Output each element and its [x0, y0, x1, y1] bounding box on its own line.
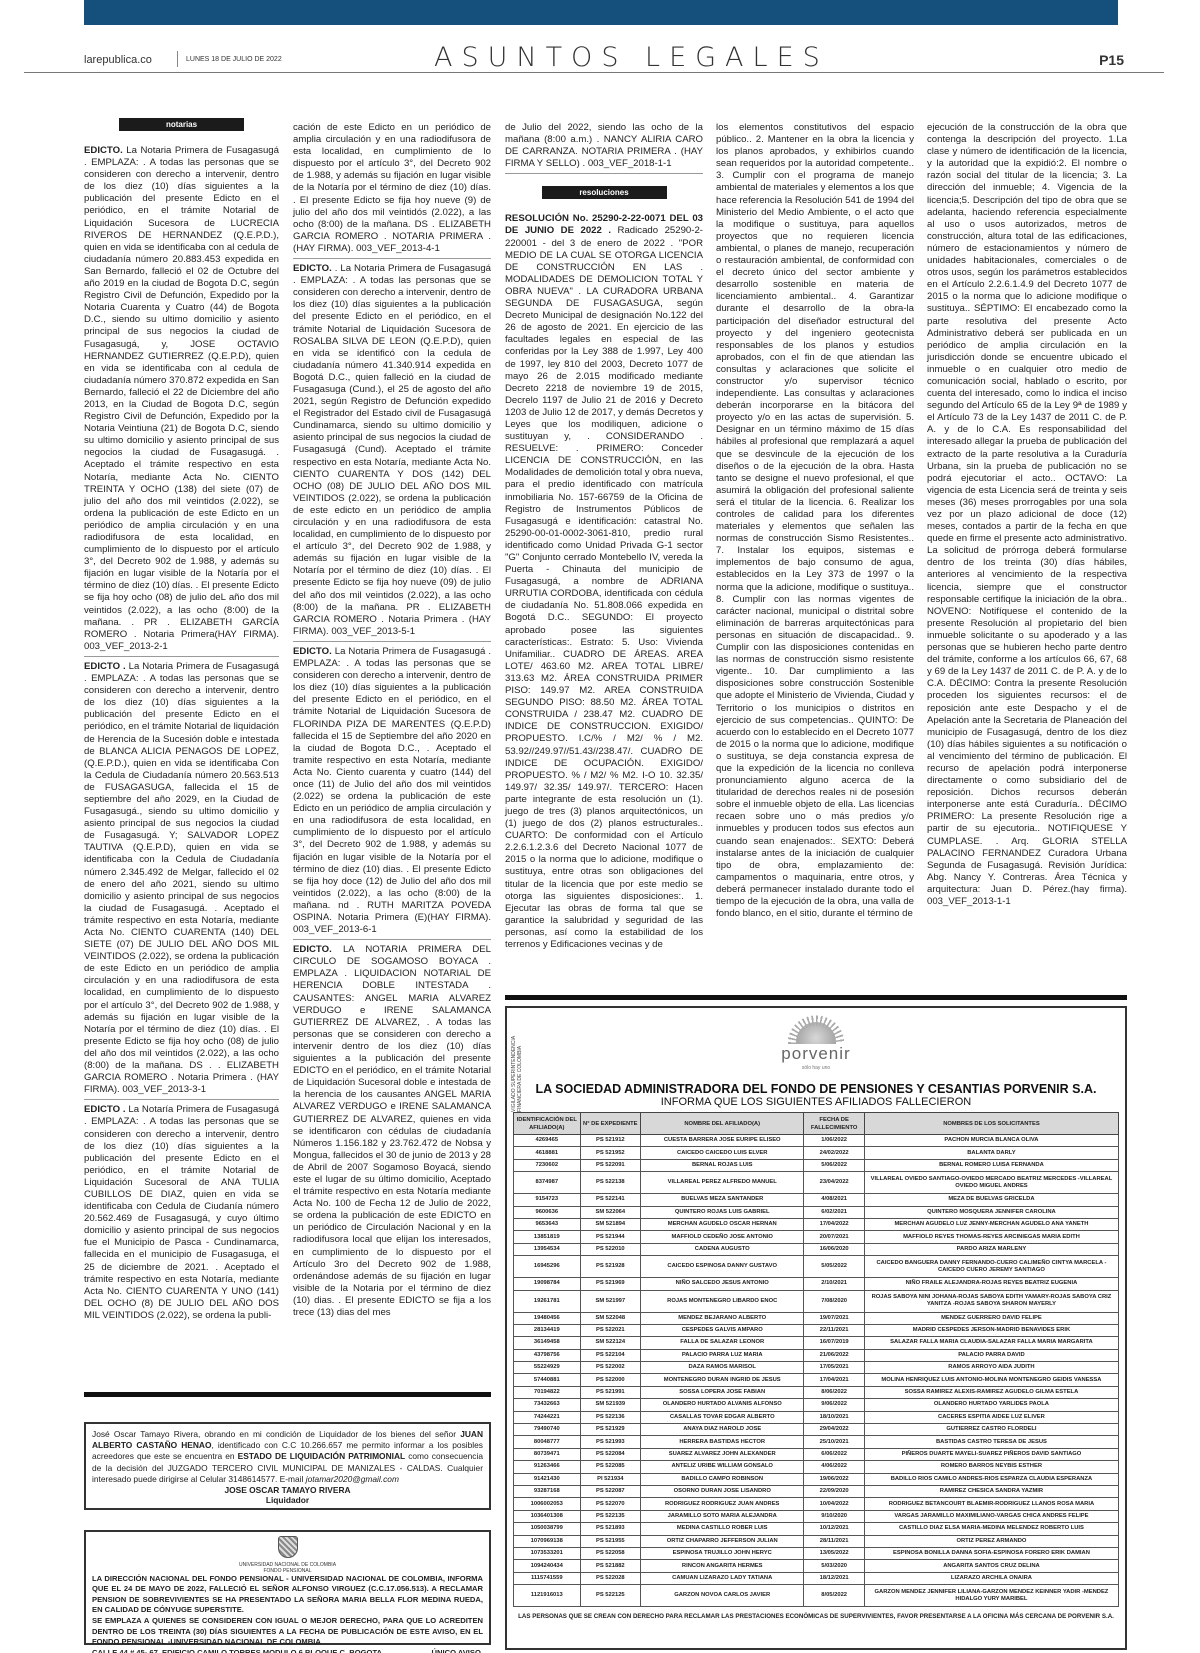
table-cell: RODRIGUEZ RODRIGUEZ JUAN ANDRES	[641, 1498, 804, 1510]
table-cell: 1094240434	[514, 1560, 581, 1572]
table-cell: 6/02/2021	[804, 1206, 865, 1218]
table-cell: PIÑEROS DUARTE MAYELI-SUAREZ PIÑEROS DAV…	[864, 1448, 1118, 1460]
notice-body: cación de este Edicto en un periódico de…	[293, 122, 491, 254]
table-cell: 23/04/2022	[804, 1172, 865, 1194]
table-row: 74244221PS 522136CASALLAS TOVAR EDGAR AL…	[514, 1411, 1119, 1423]
table-cell: 7230602	[514, 1159, 581, 1171]
table-row: 57440881PS 522000MONTENEGRO DURAN INGRID…	[514, 1374, 1119, 1386]
table-row: 1115741559PS 522028CAMUAN LIZARAZO LADY …	[514, 1572, 1119, 1584]
table-cell: 13851819	[514, 1231, 581, 1243]
table-cell: PACHON MURCIA BLANCA OLIVA	[864, 1135, 1118, 1147]
table-cell: SM 521894	[580, 1218, 641, 1230]
table-cell: 4/06/2022	[804, 1461, 865, 1473]
column-1: notarias EDICTO. La Notaria Primera de F…	[84, 118, 279, 1329]
signature-name: JOSE OSCAR TAMAYO RIVERA	[92, 1485, 483, 1495]
table-cell: PS 522104	[580, 1349, 641, 1361]
table-cell: 28134419	[514, 1324, 581, 1336]
section-title: ASUNTOS LEGALES	[434, 42, 829, 73]
table-cell: PALACIO PARRA DAVID	[864, 1349, 1118, 1361]
table-cell: SM 522124	[580, 1337, 641, 1349]
table-cell: CAICEDO ESPINOSA DANNY GUSTAVO	[641, 1256, 804, 1278]
table-cell: 7/08/2020	[804, 1290, 865, 1312]
table-cell: 2/10/2021	[804, 1278, 865, 1290]
table-row: 93287168PS 522087OSORNO DURAN JOSE LISAN…	[514, 1485, 1119, 1497]
edicto-notice: EDICTO. La Notaria Primera de Fusagasugá…	[84, 145, 279, 657]
notice-paragraph: LA DIRECCIÓN NACIONAL DEL FONDO PENSIONA…	[92, 1574, 483, 1616]
table-cell: 17/05/2021	[804, 1362, 865, 1374]
table-cell: PS 522070	[580, 1498, 641, 1510]
column-header: FECHA DE FALLECIMIENTO	[804, 1113, 865, 1135]
table-cell: CASALLAS TOVAR EDGAR ALBERTO	[641, 1411, 804, 1423]
table-cell: PS 521993	[580, 1436, 641, 1448]
table-cell: PS 522135	[580, 1510, 641, 1522]
table-row: 1006002053PS 522070RODRIGUEZ RODRIGUEZ J…	[514, 1498, 1119, 1510]
table-cell: SM 521939	[580, 1399, 641, 1411]
notice-body: La Notaria Primera de Fusagasugá . EMPLA…	[84, 661, 279, 1095]
porvenir-notice: VIGILADO SUPERINTENDENCIA FINANCIERA DE …	[505, 1006, 1127, 1650]
table-cell: 28/11/2021	[804, 1535, 865, 1547]
section-label-notarias: notarias	[119, 118, 244, 131]
table-cell: CESPEDES GALVIS AMPARO	[641, 1324, 804, 1336]
table-cell: RINCON ANGARITA HERMES	[641, 1560, 804, 1572]
table-cell: PS 521991	[580, 1386, 641, 1398]
edicto-notice: EDICTO. La Notaria Primera de Fusagasugá…	[293, 646, 491, 940]
table-cell: OSORNO DURAN JOSE LISANDRO	[641, 1485, 804, 1497]
table-row: 91421430PI 521934BADILLO CAMPO ROBINSON1…	[514, 1473, 1119, 1485]
notice-body: La Notaria Primera de Fusagasugá . EMPLA…	[84, 145, 279, 652]
table-cell: OLANDERO HURTADO YARLIDES PAOLA	[864, 1399, 1118, 1411]
table-row: 91263466PS 522085ANTELIZ URIBE WILLIAM G…	[514, 1461, 1119, 1473]
table-cell: LIZARAZO ARCHILA ONAIRA	[864, 1572, 1118, 1584]
table-cell: PS 522141	[580, 1194, 641, 1206]
table-cell: ESPINOSA TRUJILLO JOHN HERYC	[641, 1547, 804, 1559]
table-cell: PS 522087	[580, 1485, 641, 1497]
table-cell: 29/04/2022	[804, 1424, 865, 1436]
table-cell: SM 522064	[580, 1206, 641, 1218]
table-cell: ANAYA DIAZ HAROLD JOSE	[641, 1424, 804, 1436]
table-cell: 1/06/2022	[804, 1135, 865, 1147]
table-cell: HERRERA BASTIDAS HECTOR	[641, 1436, 804, 1448]
table-row: 43798756PS 522104PALACIO PARRA LUZ MARIA…	[514, 1349, 1119, 1361]
table-cell: PS 521944	[580, 1231, 641, 1243]
table-cell: 80739471	[514, 1448, 581, 1460]
table-cell: 5/05/2022	[804, 1256, 865, 1278]
notice-body: La Notaria Primera de Fusagasugá . EMPLA…	[293, 646, 491, 935]
table-row: 79490740PS 521929ANAYA DIAZ HAROLD JOSE2…	[514, 1424, 1119, 1436]
table-cell: 74244221	[514, 1411, 581, 1423]
table-cell: CAICEDO CAICEDO LUIS ELVER	[641, 1147, 804, 1159]
notice-title: LA SOCIEDAD ADMINISTRADORA DEL FONDO DE …	[513, 1082, 1119, 1096]
table-cell: MAFFIOLD CEDEÑO JOSE ANTONIO	[641, 1231, 804, 1243]
table-cell: FALLA DE SALAZAR LEONOR	[641, 1337, 804, 1349]
column-header: NOMBRES DE LOS SOLICITANTES	[864, 1113, 1118, 1135]
table-row: 1036401308PS 522135JARAMILLO SOTO MARIA …	[514, 1510, 1119, 1522]
table-cell: BALANTA DARLY	[864, 1147, 1118, 1159]
table-row: 1094240434PS 521882RINCON ANGARITA HERME…	[514, 1560, 1119, 1572]
table-row: 19480456SM 522048MENDEZ BEJARANO ALBERTO…	[514, 1312, 1119, 1324]
table-row: 19261781SM 521997ROJAS MONTENEGRO LIBARD…	[514, 1290, 1119, 1312]
table-cell: 8374987	[514, 1172, 581, 1194]
table-cell: 93287168	[514, 1485, 581, 1497]
notice-body: de Julio del 2022, siendo las ocho de la…	[505, 122, 703, 169]
resolution-notice: RESOLUCIÓN No. 25290-2-22-0071 DEL 03 DE…	[505, 213, 703, 954]
edicto-notice: EDICTO. . La Notaria Primera de Fusagasu…	[293, 263, 491, 642]
notice-lead: EDICTO.	[293, 646, 332, 657]
table-cell: CADENA AUGUSTO	[641, 1243, 804, 1255]
table-cell: CACERES ESPITIA AIDEE LUZ ELIVER	[864, 1411, 1118, 1423]
edicto-notice: EDICTO. LA NOTARIA PRIMERA DEL CIRCULO D…	[293, 944, 491, 1322]
table-cell: ANTELIZ URIBE WILLIAM GONSALO	[641, 1461, 804, 1473]
table-cell: PS 522002	[580, 1362, 641, 1374]
table-cell: 8/05/2022	[804, 1585, 865, 1607]
table-cell: SM 522048	[580, 1312, 641, 1324]
table-row: 8374987PS 522138VILLAREAL PEREZ ALFREDO …	[514, 1172, 1119, 1194]
table-cell: PS 522021	[580, 1324, 641, 1336]
table-cell: 6/06/2022	[804, 1448, 865, 1460]
table-cell: 55224929	[514, 1362, 581, 1374]
table-cell: 4269465	[514, 1135, 581, 1147]
section-divider	[505, 995, 1127, 1000]
table-cell: 1050038799	[514, 1523, 581, 1535]
table-cell: ESPINOSA BONILLA DANNA SOFIA-ESPINOSA FO…	[864, 1547, 1118, 1559]
table-cell: BADILLO CAMPO ROBINSON	[641, 1473, 804, 1485]
site-name[interactable]: larepublica.co	[84, 54, 152, 66]
signature-role: Liquidador	[92, 1495, 483, 1505]
table-cell: 5/06/2022	[804, 1159, 865, 1171]
table-cell: 9/10/2020	[804, 1510, 865, 1522]
table-cell: 91421430	[514, 1473, 581, 1485]
table-cell: 73432663	[514, 1399, 581, 1411]
table-cell: CAMUAN LIZARAZO LADY TATIANA	[641, 1572, 804, 1584]
table-cell: PS 521955	[580, 1535, 641, 1547]
table-cell: PI 521934	[580, 1473, 641, 1485]
table-row: 13851819PS 521944MAFFIOLD CEDEÑO JOSE AN…	[514, 1231, 1119, 1243]
table-cell: PS 522058	[580, 1547, 641, 1559]
table-cell: BERNAL ROMERO LUISA FERNANDA	[864, 1159, 1118, 1171]
table-row: 73432663SM 521939OLANDERO HURTADO ALVANI…	[514, 1399, 1119, 1411]
table-row: 28134419PS 522021CESPEDES GALVIS AMPARO2…	[514, 1324, 1119, 1336]
table-cell: 1036401308	[514, 1510, 581, 1522]
table-cell: BASTIDAS CASTRO TERESA DE JESUS	[864, 1436, 1118, 1448]
table-row: 1050038799PS 521893MEDINA CASTILLO ROBER…	[514, 1523, 1119, 1535]
resolution-body: los elementos constitutivos del espacio …	[716, 122, 914, 919]
table-cell: MENDEZ GUERRERO DAVID FELIPE	[864, 1312, 1118, 1324]
sun-icon	[788, 1014, 844, 1044]
table-cell: MERCHAN AGUDELO OSCAR HERNAN	[641, 1218, 804, 1230]
table-cell: 16/07/2019	[804, 1337, 865, 1349]
notice-body: LA NOTARIA PRIMERA DEL CIRCULO DE SOGAMO…	[293, 944, 491, 1318]
table-cell: RAMIREZ CHESICA SANDRA YAZMIR	[864, 1485, 1118, 1497]
table-row: 80739471PS 522084SUAREZ ALVAREZ JOHN ALE…	[514, 1448, 1119, 1460]
edicto-notice: cación de este Edicto en un periódico de…	[293, 122, 491, 259]
table-cell: PS 521969	[580, 1278, 641, 1290]
table-row: 9653643SM 521894MERCHAN AGUDELO OSCAR HE…	[514, 1218, 1119, 1230]
table-cell: CUESTA BARRERA JOSE EURIPE ELISEO	[641, 1135, 804, 1147]
divider	[177, 51, 178, 67]
notice-subtitle: INFORMA QUE LOS SIGUIENTES AFILIADOS FAL…	[513, 1096, 1119, 1108]
table-cell: 1006002053	[514, 1498, 581, 1510]
brand-name: porvenir	[513, 1044, 1119, 1064]
table-cell: 17/04/2022	[804, 1218, 865, 1230]
resolution-continued: los elementos constitutivos del espacio …	[716, 122, 914, 923]
shield-icon	[278, 1536, 298, 1558]
email-link[interactable]: jotamar2020@gmail.com	[306, 1474, 399, 1484]
table-row: 1073533201PS 522058ESPINOSA TRUJILLO JOH…	[514, 1547, 1119, 1559]
table-row: 9154723PS 522141BUELVAS MEZA SANTANDER4/…	[514, 1194, 1119, 1206]
table-cell: 18/12/2021	[804, 1572, 865, 1584]
table-cell: QUINTERO MOSQUERA JENNIFER CAROLINA	[864, 1206, 1118, 1218]
table-cell: ROJAS MONTENEGRO LIBARDO ENOC	[641, 1290, 804, 1312]
table-cell: 22/11/2021	[804, 1324, 865, 1336]
table-cell: MOLINA HENRIQUEZ LUIS ANTONIO-MOLINA MON…	[864, 1374, 1118, 1386]
table-cell: CASTILLO DIAZ ELSA MARIA-MEDINA MELENDEZ…	[864, 1523, 1118, 1535]
column-header: NOMBRE DEL AFILIADO(A)	[641, 1113, 804, 1135]
table-cell: PALACIO PARRA LUZ MARIA	[641, 1349, 804, 1361]
table-cell: 16/06/2020	[804, 1243, 865, 1255]
section-divider	[84, 1392, 491, 1397]
table-cell: RODRIGUEZ BETANCOURT BLAEMIR-RODRIGUEZ L…	[864, 1498, 1118, 1510]
table-cell: PS 521882	[580, 1560, 641, 1572]
table-cell: PS 522028	[580, 1572, 641, 1584]
table-cell: SOSSA RAMIREZ ALEXIS-RAMIREZ AGUDELO GIL…	[864, 1386, 1118, 1398]
edicto-notice: EDICTO . La Notaría Primera de Fusagasug…	[84, 1104, 279, 1325]
table-cell: BADILLO RIOS CAMILO ANDRES-RIOS ESPARZA …	[864, 1473, 1118, 1485]
table-cell: 4/08/2021	[804, 1194, 865, 1206]
notice-lead: EDICTO.	[84, 145, 123, 156]
table-cell: 22/09/2020	[804, 1485, 865, 1497]
status-label: ESTADO DE LIQUIDACIÓN PATRIMONIAL	[238, 1451, 405, 1461]
table-row: 4269465PS 521912CUESTA BARRERA JOSE EURI…	[514, 1135, 1119, 1147]
table-cell: PS 522085	[580, 1461, 641, 1473]
brand-tagline: sólo hay uno	[513, 1065, 1119, 1071]
table-cell: MEZA DE BUELVAS GRICELDA	[864, 1194, 1118, 1206]
table-cell: PS 522084	[580, 1448, 641, 1460]
table-cell: 16945296	[514, 1256, 581, 1278]
table-cell: 10/12/2021	[804, 1523, 865, 1535]
table-cell: PS 521928	[580, 1256, 641, 1278]
resolution-body: ejecución de la construcción de la obra …	[927, 122, 1127, 907]
table-cell: 91263466	[514, 1461, 581, 1473]
table-cell: PS 521912	[580, 1135, 641, 1147]
table-cell: SUAREZ ALVAREZ JOHN ALEXANDER	[641, 1448, 804, 1460]
table-row: 55224929PS 522002DAZA RAMOS MARISOL17/05…	[514, 1362, 1119, 1374]
table-cell: VILLAREAL OVIEDO SANTIAGO-OVIEDO MERCADO…	[864, 1172, 1118, 1194]
edicto-notice: de Julio del 2022, siendo las ocho de la…	[505, 122, 703, 174]
table-cell: PS 521929	[580, 1424, 641, 1436]
table-cell: 9653643	[514, 1218, 581, 1230]
unique-notice-label: ÚNICO AVISO.	[432, 1648, 483, 1653]
table-cell: SOSSA LOPERA JOSE FABIAN	[641, 1386, 804, 1398]
table-row: 7230602PS 522091BERNAL ROJAS LUIS5/06/20…	[514, 1159, 1119, 1171]
table-cell: MENDEZ BEJARANO ALBERTO	[641, 1312, 804, 1324]
table-cell: ANGARITA SANTOS CRUZ DELINA	[864, 1560, 1118, 1572]
resolution-continued: ejecución de la construcción de la obra …	[927, 122, 1127, 911]
table-row: 1070969138PS 521955ORTIZ CHAPARRO JEFFER…	[514, 1535, 1119, 1547]
table-cell: 1121916013	[514, 1585, 581, 1607]
column-header: N° DE EXPEDIENTE	[580, 1113, 641, 1135]
table-row: 9600636SM 522064QUINTERO ROJAS LUIS GABR…	[514, 1206, 1119, 1218]
table-cell: ORTIZ PEREZ ARMANDO	[864, 1535, 1118, 1547]
table-cell: OLANDERO HURTADO ALVANIS ALFONSO	[641, 1399, 804, 1411]
table-cell: MONTENEGRO DURAN INGRID DE JESUS	[641, 1374, 804, 1386]
table-cell: MADRID CESPEDES JERSON-MADRID BENAVIDES …	[864, 1324, 1118, 1336]
table-cell: 43798756	[514, 1349, 581, 1361]
liquidation-notice: José Oscar Tamayo Rivera, obrando en mi …	[84, 1422, 491, 1510]
column-4: los elementos constitutivos del espacio …	[716, 122, 914, 927]
notice-lead: EDICTO.	[293, 944, 332, 955]
table-cell: 9600636	[514, 1206, 581, 1218]
column-3: de Julio del 2022, siendo las ocho de la…	[505, 122, 703, 958]
table-cell: 19/06/2022	[804, 1473, 865, 1485]
table-row: 19098784PS 521969NIÑO SALCEDO JESUS ANTO…	[514, 1278, 1119, 1290]
notice-paragraph: SE EMPLAZA A QUIENES SE CONSIDEREN CON I…	[92, 1616, 483, 1648]
university-logo: UNIVERSIDAD NACIONAL DE COLOMBIA FONDO P…	[92, 1536, 483, 1574]
table-cell: 21/06/2022	[804, 1349, 865, 1361]
table-cell: 9/06/2022	[804, 1399, 865, 1411]
table-cell: 19261781	[514, 1290, 581, 1312]
table-row: 4618881PS 521952CAICEDO CAICEDO LUIS ELV…	[514, 1147, 1119, 1159]
table-cell: BUELVAS MEZA SANTANDER	[641, 1194, 804, 1206]
table-cell: 36149458	[514, 1337, 581, 1349]
notice-lead: EDICTO .	[84, 661, 126, 672]
table-cell: PS 522010	[580, 1243, 641, 1255]
table-cell: 13/05/2022	[804, 1547, 865, 1559]
porvenir-logo: porvenir sólo hay uno	[513, 1014, 1119, 1080]
table-cell: NIÑO FRAILE ALEJANDRA-ROJAS REYES BEATRI…	[864, 1278, 1118, 1290]
notice-lead: EDICTO .	[84, 1104, 126, 1115]
table-cell: 25/10/2021	[804, 1436, 865, 1448]
table-cell: 20/07/2021	[804, 1231, 865, 1243]
table-cell: SALAZAR FALLA MARIA CLAUDIA-SALAZAR FALL…	[864, 1337, 1118, 1349]
table-cell: PARDO ARIZA MARLENY	[864, 1243, 1118, 1255]
table-cell: 10/04/2022	[804, 1498, 865, 1510]
table-cell: MERCHAN AGUDELO LUZ JENNY-MERCHAN AGUDEL…	[864, 1218, 1118, 1230]
table-cell: GARZON MENDEZ JENNIFER LILIANA-GARZON ME…	[864, 1585, 1118, 1607]
address: CALLE 44 # 45- 67, EDIFICIO CAMILO TORRE…	[92, 1648, 384, 1653]
table-cell: 70194822	[514, 1386, 581, 1398]
table-cell: GARZON NOVOA CARLOS JAVIER	[641, 1585, 804, 1607]
table-cell: ORTIZ CHAPARRO JEFFERSON JULIAN	[641, 1535, 804, 1547]
section-label-resoluciones: resoluciones	[542, 186, 667, 199]
text: José Oscar Tamayo Rivera, obrando en mi …	[92, 1429, 460, 1439]
table-cell: 19098784	[514, 1278, 581, 1290]
table-cell: 19480456	[514, 1312, 581, 1324]
table-row: 80048777PS 521993HERRERA BASTIDAS HECTOR…	[514, 1436, 1119, 1448]
notice-body: . La Notaria Primera de Fusagasugá . EMP…	[293, 263, 491, 637]
table-cell: 5/03/2020	[804, 1560, 865, 1572]
table-cell: PS 522091	[580, 1159, 641, 1171]
table-row: 70194822PS 521991SOSSA LOPERA JOSE FABIA…	[514, 1386, 1119, 1398]
deceased-affiliates-table: IDENTIFICACIÓN DEL AFILIADO(A)N° DE EXPE…	[513, 1112, 1119, 1607]
table-row: 13954534PS 522010CADENA AUGUSTO16/06/202…	[514, 1243, 1119, 1255]
table-cell: VILLAREAL PEREZ ALFREDO MANUEL	[641, 1172, 804, 1194]
table-cell: CAICEDO BANGUERA DANNY FERNANDO-CUERO CA…	[864, 1256, 1118, 1278]
table-cell: ROMERO BARROS NEYBIS ESTHER	[864, 1461, 1118, 1473]
table-row: 16945296PS 521928CAICEDO ESPINOSA DANNY …	[514, 1256, 1119, 1278]
masthead: larepublica.co LUNES 18 DE JULIO DE 2022…	[84, 46, 1164, 74]
table-cell: MAFFIOLD REYES THOMAS-REYES ARCINIEGAS M…	[864, 1231, 1118, 1243]
table-cell: 24/02/2022	[804, 1147, 865, 1159]
table-cell: 79490740	[514, 1424, 581, 1436]
table-cell: MEDINA CASTILLO ROBER LUIS	[641, 1523, 804, 1535]
table-cell: PS 522138	[580, 1172, 641, 1194]
table-cell: 57440881	[514, 1374, 581, 1386]
table-row: 1121916013PS 522125GARZON NOVOA CARLOS J…	[514, 1585, 1119, 1607]
table-cell: JARAMILLO SOTO MARIA ALEJANDRA	[641, 1510, 804, 1522]
issue-date: LUNES 18 DE JULIO DE 2022	[186, 56, 282, 63]
header-rule	[24, 72, 1164, 73]
table-cell: 17/04/2021	[804, 1374, 865, 1386]
table-cell: SM 521997	[580, 1290, 641, 1312]
table-cell: GUTIERREZ CASTRO FLORDELI	[864, 1424, 1118, 1436]
table-cell: DAZA RAMOS MARISOL	[641, 1362, 804, 1374]
notice-footer: LAS PERSONAS QUE SE CREAN CON DERECHO PA…	[513, 1613, 1119, 1620]
page-number: P15	[1099, 52, 1124, 68]
table-cell: PS 522000	[580, 1374, 641, 1386]
table-cell: 1073533201	[514, 1547, 581, 1559]
liquidation-text: José Oscar Tamayo Rivera, obrando en mi …	[92, 1429, 483, 1485]
table-cell: 19/07/2021	[804, 1312, 865, 1324]
column-header: IDENTIFICACIÓN DEL AFILIADO(A)	[514, 1113, 581, 1135]
table-row: 36149458SM 522124FALLA DE SALAZAR LEONOR…	[514, 1337, 1119, 1349]
table-cell: BERNAL ROJAS LUIS	[641, 1159, 804, 1171]
table-cell: RAMOS ARROYO AIDA JUDITH	[864, 1362, 1118, 1374]
resolution-body: Radicado 25290-2-220001 - del 3 de enero…	[505, 225, 703, 950]
table-cell: 18/10/2021	[804, 1411, 865, 1423]
top-color-bar	[84, 0, 1118, 25]
pension-fund-notice: UNIVERSIDAD NACIONAL DE COLOMBIA FONDO P…	[84, 1530, 491, 1645]
column-2: cación de este Edicto en un periódico de…	[293, 122, 491, 1326]
table-cell: NIÑO SALCEDO JESUS ANTONIO	[641, 1278, 804, 1290]
table-cell: ROJAS SABOYA NINI JOHANA-ROJAS SABOYA ED…	[864, 1290, 1118, 1312]
table-cell: 80048777	[514, 1436, 581, 1448]
table-cell: QUINTERO ROJAS LUIS GABRIEL	[641, 1206, 804, 1218]
table-cell: PS 521952	[580, 1147, 641, 1159]
table-cell: 13954534	[514, 1243, 581, 1255]
table-cell: PS 522125	[580, 1585, 641, 1607]
table-cell: 8/06/2022	[804, 1386, 865, 1398]
table-cell: PS 522136	[580, 1411, 641, 1423]
edicto-notice: EDICTO . La Notaria Primera de Fusagasug…	[84, 661, 279, 1100]
notice-lead: EDICTO.	[293, 263, 332, 274]
table-cell: 9154723	[514, 1194, 581, 1206]
table-cell: 1115741559	[514, 1572, 581, 1584]
table-cell: PS 521893	[580, 1523, 641, 1535]
column-5: ejecución de la construcción de la obra …	[927, 122, 1127, 915]
table-cell: 1070969138	[514, 1535, 581, 1547]
table-cell: VARGAS JARAMILLO MAXIMILIANO-VARGAS CHIC…	[864, 1510, 1118, 1522]
notice-body: La Notaría Primera de Fusagasugá . EMPLA…	[84, 1104, 279, 1321]
table-cell: 4618881	[514, 1147, 581, 1159]
